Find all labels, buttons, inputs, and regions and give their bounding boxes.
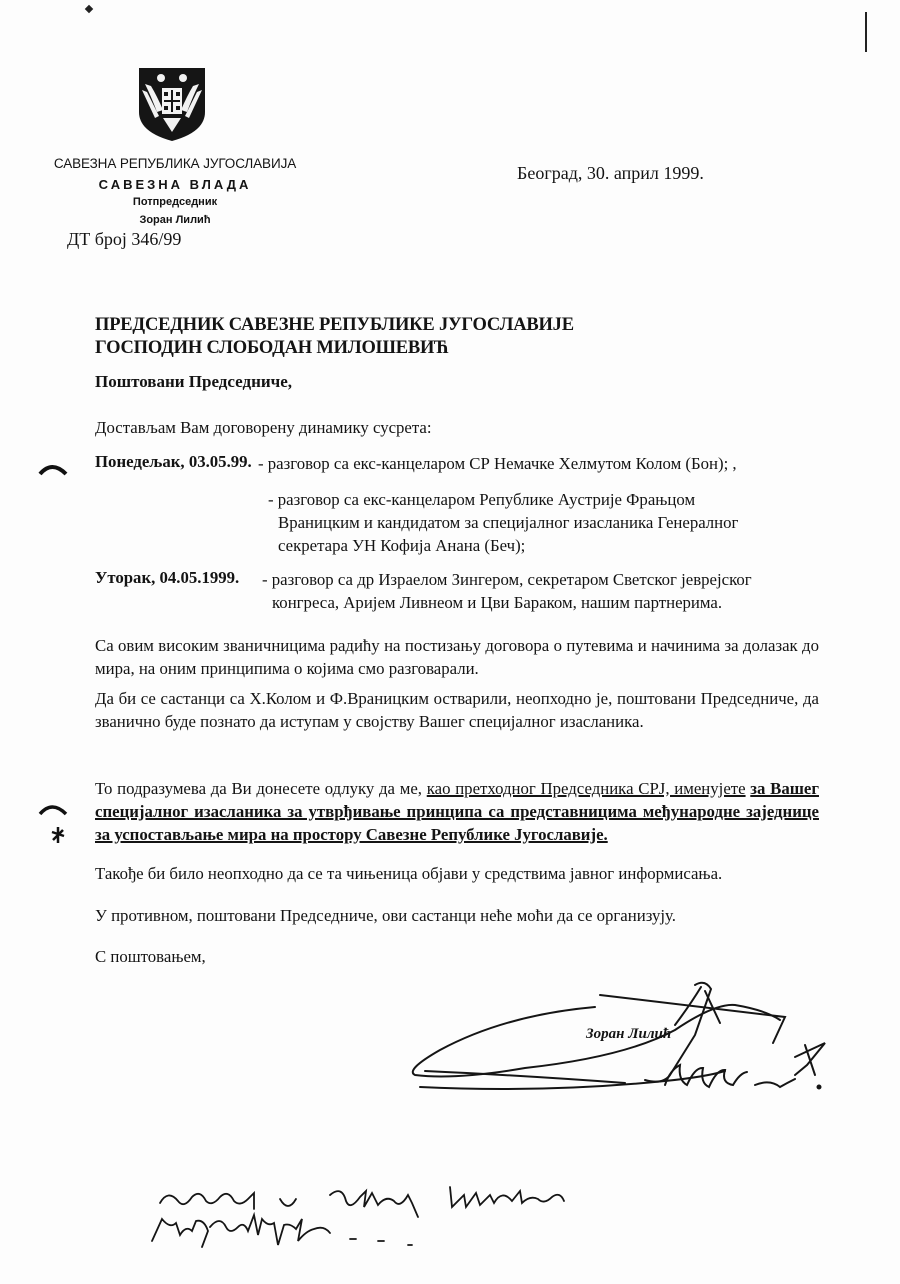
paragraph-otherwise: У противном, поштовани Председниче, ови … (95, 904, 819, 927)
schedule-entry-line: секретара УН Кофија Анана (Беч); (268, 534, 738, 557)
schedule-day-tuesday: Уторак, 04.05.1999. (95, 568, 239, 588)
letterhead-name: Зоран Лилић (40, 214, 310, 226)
paragraph-peace-talks: Са овим високим званичницима радићу на п… (95, 634, 819, 680)
arc-mark-icon (38, 802, 68, 821)
arc-mark-icon (38, 462, 68, 481)
schedule-entry: - разговор са екс-канцеларом СР Немачке … (258, 452, 737, 475)
schedule-entry-line: - разговор са екс-канцеларом Републике А… (268, 488, 738, 511)
handwritten-note-line2: инфраструктуре . . . (150, 1173, 159, 1176)
schedule-entry-line: - разговор са др Израелом Зингером, секр… (262, 568, 752, 591)
appointment-plain-text: То подразумева да Ви донесете одлуку да … (95, 779, 427, 798)
schedule-entry: - разговор са екс-канцеларом Републике А… (268, 488, 738, 557)
reference-number: ДТ број 346/99 (67, 229, 181, 250)
letterhead-country: САВЕЗНА РЕПУБЛИКА ЈУГОСЛАВИЈА (40, 156, 310, 171)
schedule-entry-line: конгреса, Аријем Ливнеом и Цви Бараком, … (262, 591, 752, 614)
salutation: Поштовани Председниче, (95, 372, 292, 392)
addressee-title: ПРЕДСЕДНИК САВЕЗНЕ РЕПУБЛИКЕ ЈУГОСЛАВИЈЕ (95, 315, 574, 336)
margin-line-mark (865, 12, 867, 52)
schedule-entry-line: - разговор са екс-канцеларом СР Немачке … (258, 454, 737, 473)
handwritten-note: додати и обнову уништене инфраструктуре … (150, 1175, 670, 1260)
star-mark-icon (50, 826, 66, 849)
appointment-underlined-text: као претходног Председника СРЈ, именујет… (427, 779, 746, 798)
letterhead-position: Потпредседник (40, 196, 310, 208)
paragraph-envoy-status: Да би се састанци са Х.Колом и Ф.Враницк… (95, 687, 819, 733)
typed-signatory-name: Зоран Лилић (586, 1026, 671, 1043)
paragraph-appointment: То подразумева да Ви донесете одлуку да … (95, 777, 819, 846)
schedule-entry-line: Враницким и кандидатом за специјалног из… (268, 511, 738, 534)
letterhead-government: САВЕЗНА ВЛАДА (40, 177, 310, 192)
intro-line: Достављам Вам договорену динамику сусрет… (95, 416, 819, 439)
schedule-entry: - разговор са др Израелом Зингером, секр… (262, 568, 752, 614)
scan-speck (85, 5, 93, 13)
closing: С поштовањем, (95, 945, 819, 968)
paragraph-public-announcement: Такође би било неопходно да се та чињени… (95, 862, 819, 885)
coat-of-arms-icon (137, 66, 207, 142)
schedule-day-monday: Понедељак, 03.05.99. (95, 452, 252, 472)
addressee-name: ГОСПОДИН СЛОБОДАН МИЛОШЕВИЋ (95, 338, 449, 359)
date-line: Београд, 30. април 1999. (517, 163, 704, 184)
